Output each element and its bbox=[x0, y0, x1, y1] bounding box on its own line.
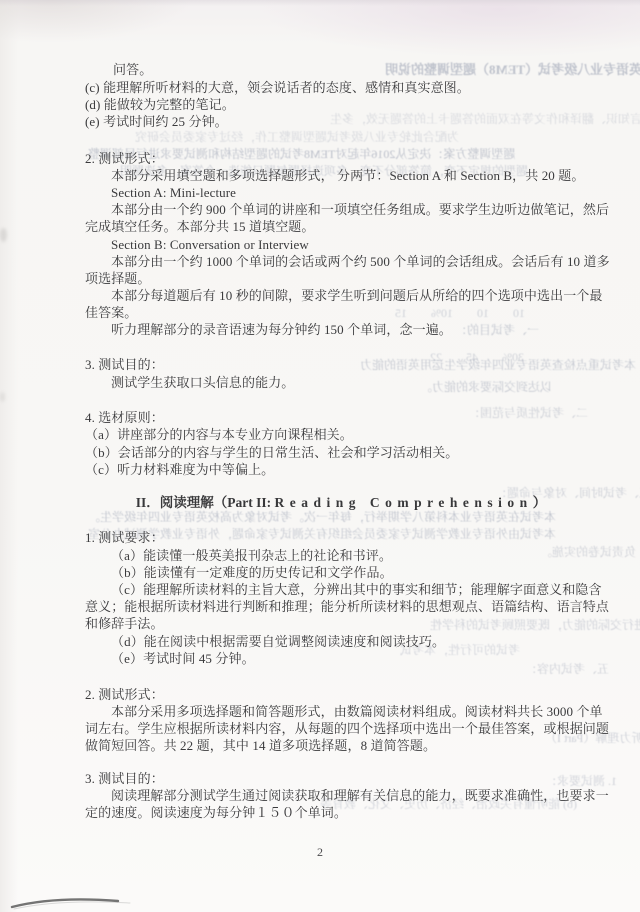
list-item-e: （e）考试时间 45 分钟。 bbox=[85, 650, 630, 667]
section-heading-suffix: ） bbox=[533, 495, 547, 510]
list-item-c: （c）听力材料难度为中等偏上。 bbox=[85, 461, 630, 478]
numbered-heading: 3. 测试目的： bbox=[85, 770, 630, 787]
paragraph: 测试学生获取口头信息的能力。 bbox=[85, 374, 630, 391]
list-item-b: （b）会话部分的内容与学生的日常生活、社会和学习活动相关。 bbox=[85, 444, 630, 461]
section-heading-prefix: II．阅读理解（Part II: bbox=[136, 495, 275, 510]
list-item-c: （c）能理解所读材料的主旨大意，分辨出其中的事实和细节；能理解字面意义和隐含 意… bbox=[85, 581, 630, 633]
list-item-d: (d) 能做较为完整的笔记。 bbox=[85, 96, 630, 113]
numbered-heading: 2. 测试形式： bbox=[85, 150, 630, 167]
section-heading-english: Reading Comprehension bbox=[275, 495, 533, 510]
part-ii-section-heading: II．阅读理解（Part II: Reading Comprehension） bbox=[85, 491, 597, 511]
numbered-heading: 4. 选材原则： bbox=[85, 409, 630, 426]
paragraph: 本部分每道题后有 10 秒的间隙，要求学生听到问题后从所给的四个选项中选出一个最… bbox=[85, 287, 630, 321]
section-b-label: Section B: Conversation or Interview bbox=[85, 236, 630, 253]
paragraph: 本部分由一个约 1000 个单词的会话或两个约 500 个单词的会话组成。会话后… bbox=[85, 253, 630, 287]
section-a-label: Section A: Mini-lecture bbox=[85, 184, 630, 201]
list-item-a: （a）讲座部分的内容与本专业方向课程相关。 bbox=[85, 426, 630, 443]
paragraph: 听力理解部分的录音语速为每分钟约 150 个单词，念一遍。 bbox=[85, 321, 630, 338]
paragraph: 本部分采用多项选择题和简答题形式，由数篇阅读材料组成。阅读材料共长 3000 个… bbox=[85, 703, 630, 755]
scanned-document-page: 关于英语专业八级考试（TEM8）题型调整的说明 语言知识、翻译和作文等在双面的答… bbox=[0, 0, 640, 912]
page-curl-shadow bbox=[0, 882, 200, 912]
bleedthrough-text: 本考试在英语专业本科第八学期举行，每年一次。考试对象为高校英语专业四年级学生。 bbox=[88, 510, 556, 525]
numbered-heading: 3. 测试目的： bbox=[85, 356, 630, 373]
paragraph-continuation: 问答。 bbox=[113, 61, 640, 78]
page-number: 2 bbox=[85, 845, 555, 860]
scan-smudge bbox=[0, 228, 7, 242]
paragraph: 阅读理解部分测试学生通过阅读获取和理解有关信息的能力，既要求准确性，也要求一 定… bbox=[85, 787, 630, 821]
list-item-b: （b）能读懂有一定难度的历史传记和文学作品。 bbox=[85, 564, 630, 581]
numbered-heading: 2. 测试形式： bbox=[85, 686, 630, 703]
paragraph: 本部分由一个约 900 个单词的讲座和一项填空任务组成。要求学生边听边做笔记，然… bbox=[85, 201, 630, 235]
numbered-heading: 1. 测试要求： bbox=[85, 529, 630, 546]
list-item-c: (c) 能理解所听材料的大意，领会说话者的态度、感情和真实意图。 bbox=[85, 79, 630, 96]
scan-smudge bbox=[0, 392, 5, 402]
bleedthrough-text: 为配合此轮专业八级考试题型调整工作，经过专家委员会研究 bbox=[135, 130, 459, 145]
list-item-e: (e) 考试时间约 25 分钟。 bbox=[85, 113, 630, 130]
list-item-d: （d）能在阅读中根据需要自觉调整阅读速度和阅读技巧。 bbox=[85, 633, 630, 650]
scan-edge-shadow bbox=[0, 0, 640, 6]
paragraph: 本部分采用填空题和多项选择题形式， 分两节：Section A 和 Sectio… bbox=[85, 167, 630, 184]
list-item-a: （a）能读懂一般英美报刊杂志上的社论和书评。 bbox=[85, 547, 630, 564]
